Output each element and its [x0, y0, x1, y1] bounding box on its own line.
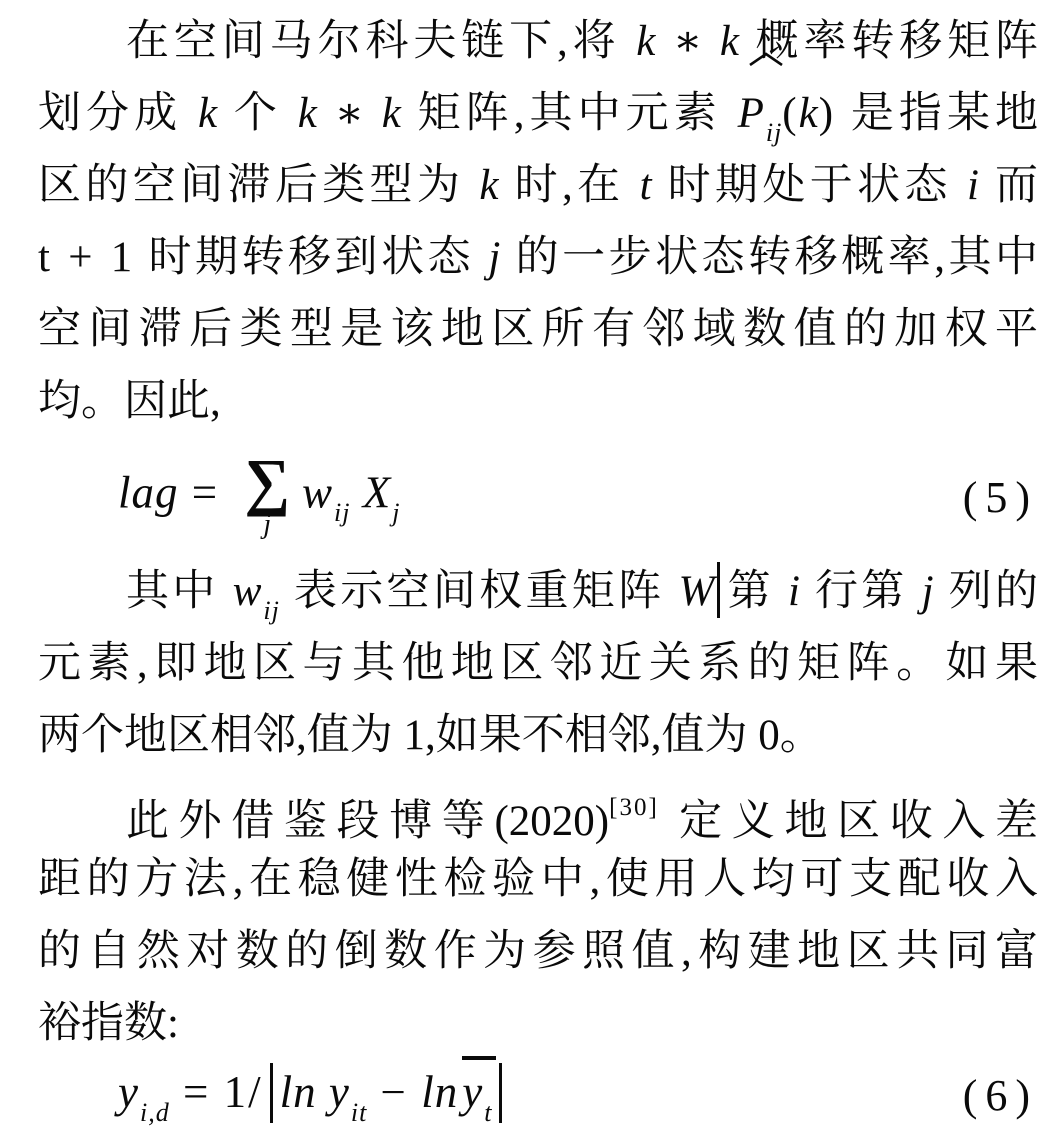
text-run: 元素,即地区与其他地区邻近关系的矩阵。如果: [38, 640, 1038, 687]
text-run: 是指某地: [835, 90, 1038, 137]
text-run: 划分成: [38, 90, 198, 137]
text-line: 两个地区相邻,值为 1,如果不相邻,值为 0。: [38, 700, 1038, 772]
math-variable: P: [738, 90, 765, 137]
math-roman: t + 1: [38, 234, 134, 281]
math-roman: =: [179, 467, 233, 517]
vertical-rule: [717, 562, 720, 618]
math-variable: k: [799, 90, 819, 137]
math-subscript: i,d: [140, 1098, 170, 1127]
text-run: 个: [218, 90, 298, 137]
text-run: 定义地区收入差: [659, 798, 1038, 845]
text-run: 时,在: [500, 162, 640, 209]
math-variable: k ∗ k: [636, 18, 740, 65]
math-variable: j: [922, 568, 935, 615]
text-run: 矩阵,其中元素: [402, 90, 738, 137]
overline-icon: [462, 1056, 496, 1060]
text-run: 时期转移到状态: [134, 234, 488, 281]
sum-lower-limit: j: [263, 510, 271, 540]
math-variable: t: [640, 162, 653, 209]
summation-symbol: ∑j: [244, 454, 290, 540]
text-line: 区的空间滞后类型为 k 时,在 t 时期处于状态 i 而: [38, 150, 1038, 222]
math-variable: j: [488, 234, 501, 281]
equation-5: lag = ∑jwij Xj(5): [38, 438, 1038, 556]
text-run: 的一步状态转移概率,其中: [501, 234, 1038, 281]
math-subscript: ij: [263, 596, 279, 625]
math-variable: y: [462, 1067, 483, 1117]
text-run: 的自然对数的倒数作为参照值,构建地区共同富: [38, 928, 1038, 975]
math-variable: i: [788, 568, 801, 615]
text-run: 时期处于状态: [653, 162, 967, 209]
math-roman: = 1/: [170, 1067, 263, 1117]
math-variable: w: [302, 467, 333, 517]
math-roman: −: [367, 1067, 421, 1117]
math-variable: k ∗ k: [298, 90, 402, 137]
text-run: 概率转移矩阵: [740, 18, 1038, 65]
text-line: 此外借鉴段博等(2020)[30] 定义地区收入差: [38, 772, 1038, 844]
math-roman: ): [819, 90, 835, 137]
math-subscript: j: [392, 498, 400, 527]
p-hat-symbol: Pij: [738, 78, 783, 169]
hat-accent-icon: [748, 52, 784, 66]
text-line: 的自然对数的倒数作为参照值,构建地区共同富: [38, 916, 1038, 988]
math-variable: lag: [118, 467, 179, 517]
math-subscript: it: [351, 1098, 367, 1127]
text-run: 行第: [801, 568, 922, 615]
math-variable: k: [198, 90, 218, 137]
text-run: 在空间马尔科夫链下,将: [126, 18, 636, 65]
text-line: 在空间马尔科夫链下,将 k ∗ k 概率转移矩阵: [38, 6, 1038, 78]
text-line: 其中 wij 表示空间权重矩阵 W第 i 行第 j 列的: [38, 556, 1038, 628]
text-line: t + 1 时期转移到状态 j 的一步状态转移概率,其中: [38, 222, 1038, 294]
math-variable: k: [479, 162, 499, 209]
text-line: 均。因此,: [38, 366, 1038, 438]
sigma-icon: ∑: [244, 454, 290, 510]
text-line: 元素,即地区与其他地区邻近关系的矩阵。如果: [38, 628, 1038, 700]
math-variable: y: [118, 1067, 139, 1117]
text-run: 第: [724, 568, 788, 615]
text-line: 距的方法,在稳健性检验中,使用人均可支配收入: [38, 844, 1038, 916]
text-run: 两个地区相邻,值为 1,如果不相邻,值为 0。: [38, 712, 823, 759]
math-variable: X: [351, 467, 392, 517]
text-run: 列的: [935, 568, 1038, 615]
text-line: 空间滞后类型是该地区所有邻域数值的加权平: [38, 294, 1038, 366]
equation-number: (6): [963, 1070, 1038, 1121]
math-variable: ln: [421, 1067, 458, 1117]
text-run: 表示空间权重矩阵: [280, 568, 679, 615]
math-roman: (: [782, 90, 798, 137]
paragraph: 此外借鉴段博等(2020)[30] 定义地区收入差距的方法,在稳健性检验中,使用…: [38, 772, 1038, 1060]
text-line: 裕指数:: [38, 988, 1038, 1060]
math-variable: w: [233, 568, 263, 615]
math-subscript: t: [484, 1098, 492, 1127]
absolute-value-bar: [270, 1063, 273, 1123]
citation-superscript: [30]: [609, 794, 659, 821]
text-run: 区的空间滞后类型为: [38, 162, 479, 209]
math-variable: ln y: [280, 1067, 350, 1117]
equation-content: lag = ∑jwij Xj: [118, 454, 400, 540]
y-bar-symbol: yt: [462, 1066, 492, 1128]
equation-content: yi,d = 1/ln yit − lnyt: [118, 1063, 509, 1128]
text-run: 空间滞后类型是该地区所有邻域数值的加权平: [38, 306, 1038, 353]
equation-number: (5): [963, 472, 1038, 523]
paragraph: 其中 wij 表示空间权重矩阵 W第 i 行第 j 列的元素,即地区与其他地区邻…: [38, 556, 1038, 772]
math-variable: W: [678, 568, 715, 615]
equation-6: yi,d = 1/ln yit − lnyt(6): [38, 1060, 1038, 1130]
text-run: 其中: [126, 568, 233, 615]
math-variable: i: [967, 162, 980, 209]
absolute-value-bar: [499, 1063, 502, 1123]
paragraph: 在空间马尔科夫链下,将 k ∗ k 概率转移矩阵划分成 k 个 k ∗ k 矩阵…: [38, 6, 1038, 438]
document-page: 在空间马尔科夫链下,将 k ∗ k 概率转移矩阵划分成 k 个 k ∗ k 矩阵…: [0, 0, 1044, 1132]
text-run: 裕指数:: [38, 1000, 179, 1047]
text-run: 此外借鉴段博等(2020): [126, 798, 609, 845]
text-line: 划分成 k 个 k ∗ k 矩阵,其中元素 Pij(k) 是指某地: [38, 78, 1038, 150]
math-subscript: ij: [766, 118, 782, 147]
math-subscript: ij: [334, 498, 350, 527]
text-run: 而: [980, 162, 1038, 209]
text-run: 距的方法,在稳健性检验中,使用人均可支配收入: [38, 856, 1038, 903]
text-run: 均。因此,: [38, 378, 221, 425]
